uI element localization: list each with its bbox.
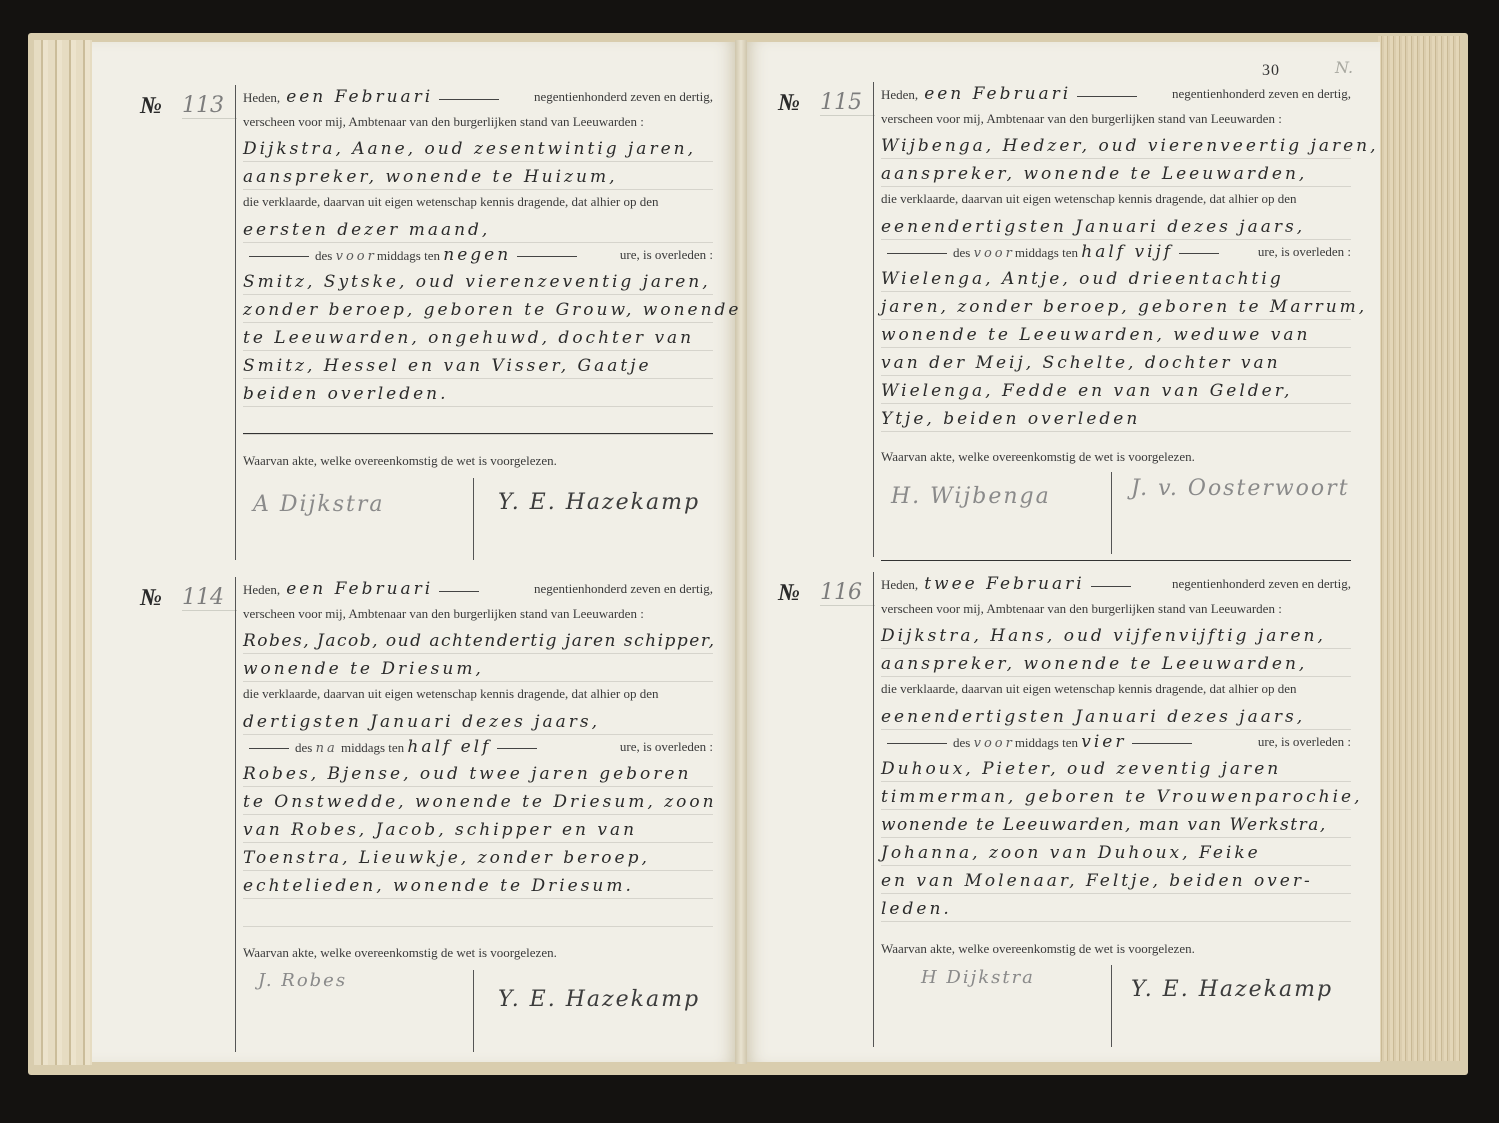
- record-116: № 116 Heden,twee Februarinegentienhonder…: [778, 572, 1398, 1062]
- ure-label: ure, is overleden :: [620, 735, 713, 760]
- deceased-line: en van Molenaar, Feltje, beiden over-: [881, 871, 1313, 891]
- fill-dash: [249, 256, 309, 257]
- deceased-line: zonder beroep, geboren te Grouw, wonende: [243, 300, 741, 320]
- record-number: 115: [820, 90, 875, 116]
- deceased-line: Ytje, beiden overleden: [881, 409, 1140, 429]
- record-number: 114: [182, 585, 237, 611]
- registrar-signature: J. v. Oosterwoort: [1131, 476, 1350, 501]
- declarant-signature: H Dijkstra: [921, 967, 1035, 988]
- record-number: 116: [820, 580, 875, 606]
- record-number: 113: [182, 93, 237, 119]
- deceased-line: jaren, zonder beroep, geboren te Marrum,: [881, 297, 1367, 317]
- deceased-line: wonende te Leeuwarden, man van Werkstra,: [881, 815, 1327, 835]
- registrar-signature: Y. E. Hazekamp: [498, 987, 700, 1012]
- signature-area: A Dijkstra Y. E. Hazekamp: [243, 470, 713, 560]
- folio-mark: N.: [1335, 58, 1353, 77]
- fill-dash: [887, 743, 947, 744]
- year-text: negentienhonderd zeven en dertig,: [1172, 572, 1351, 597]
- ure-label: ure, is overleden :: [1258, 730, 1351, 755]
- declarant-line: Dijkstra, Hans, oud vijfenvijftig jaren,: [881, 626, 1326, 646]
- signature-divider: [1111, 472, 1112, 554]
- declarant-line: wonende te Driesum,: [243, 659, 484, 679]
- death-date: eersten dezer maand,: [243, 220, 490, 240]
- record-body: Heden,twee Februarinegentienhonderd zeve…: [881, 572, 1351, 922]
- voor-na: na: [316, 741, 338, 756]
- deceased-line: Toenstra, Lieuwkje, zonder beroep,: [243, 848, 650, 868]
- number-label: №: [140, 585, 162, 612]
- deceased-line: leden.: [881, 899, 952, 919]
- declared-text: die verklaarde, daarvan uit eigen wetens…: [881, 191, 1296, 206]
- heden-label: Heden,: [881, 577, 918, 592]
- record-date: een Februari: [924, 84, 1071, 104]
- heden-label: Heden,: [243, 90, 280, 105]
- deceased-line: Smitz, Hessel en van Visser, Gaatje: [243, 356, 652, 376]
- appeared-text: verscheen voor mij, Ambtenaar van den bu…: [881, 111, 1282, 126]
- record-date: een Februari: [286, 579, 433, 599]
- death-hour: half elf: [407, 737, 491, 757]
- des-label: des: [953, 245, 970, 260]
- margin-rule: [873, 82, 874, 557]
- record-114: № 114 Heden,een Februarinegentienhonderd…: [140, 577, 760, 1067]
- declarant-line: Wijbenga, Hedzer, oud vierenveertig jare…: [881, 136, 1379, 156]
- record-115: № 115 Heden,een Februarinegentienhonderd…: [778, 82, 1398, 572]
- fill-dash: [1091, 586, 1131, 587]
- des-label: des: [953, 735, 970, 750]
- fill-dash: [497, 748, 537, 749]
- death-date: eenendertigsten Januari dezes jaars,: [881, 707, 1305, 727]
- margin-rule: [235, 577, 236, 1052]
- signature-area: H Dijkstra Y. E. Hazekamp: [881, 957, 1351, 1047]
- record-date: een Februari: [286, 87, 433, 107]
- year-text: negentienhonderd zeven en dertig,: [534, 577, 713, 602]
- signature-area: H. Wijbenga J. v. Oosterwoort: [881, 464, 1351, 554]
- number-label: №: [140, 93, 162, 120]
- deceased-line: van Robes, Jacob, schipper en van: [243, 820, 637, 840]
- voor-na: voor: [974, 736, 1015, 751]
- closing-text: Waarvan akte, welke overeenkomstig de we…: [881, 941, 1195, 956]
- registrar-signature: Y. E. Hazekamp: [498, 490, 700, 515]
- fill-dash: [887, 253, 947, 254]
- closing-text: Waarvan akte, welke overeenkomstig de we…: [243, 453, 557, 468]
- voor-na: voor: [336, 249, 377, 264]
- fill-dash: [439, 591, 479, 592]
- fill-dash: [1132, 743, 1192, 744]
- death-hour: vier: [1081, 732, 1126, 752]
- fill-dash: [1077, 96, 1137, 97]
- fill-dash: [439, 99, 499, 100]
- signature-area: J. Robes Y. E. Hazekamp: [243, 962, 713, 1052]
- death-hour: half vijf: [1081, 242, 1173, 262]
- deceased-line: Smitz, Sytske, oud vierenzeventig jaren,: [243, 272, 711, 292]
- deceased-line: te Leeuwarden, ongehuwd, dochter van: [243, 328, 694, 348]
- signature-divider: [473, 970, 474, 1052]
- closing-text: Waarvan akte, welke overeenkomstig de we…: [243, 945, 557, 960]
- declarant-signature: A Dijkstra: [253, 492, 384, 517]
- death-hour: negen: [443, 245, 511, 265]
- appeared-text: verscheen voor mij, Ambtenaar van den bu…: [243, 606, 644, 621]
- ure-label: ure, is overleden :: [620, 243, 713, 268]
- middags-label: middags ten: [341, 740, 404, 755]
- declared-text: die verklaarde, daarvan uit eigen wetens…: [243, 686, 658, 701]
- ure-label: ure, is overleden :: [1258, 240, 1351, 265]
- closing-text: Waarvan akte, welke overeenkomstig de we…: [881, 449, 1195, 464]
- declarant-line: aanspreker, wonende te Leeuwarden,: [881, 164, 1307, 184]
- middags-label: middags ten: [1015, 245, 1078, 260]
- death-date: eenendertigsten Januari dezes jaars,: [881, 217, 1305, 237]
- record-body: Heden,een Februarinegentienhonderd zeven…: [881, 82, 1351, 432]
- heden-label: Heden,: [243, 582, 280, 597]
- death-date: dertigsten Januari dezes jaars,: [243, 712, 600, 732]
- deceased-line: Wielenga, Antje, oud drieentachtig: [881, 269, 1284, 289]
- declarant-line: aanspreker, wonende te Huizum,: [243, 167, 617, 187]
- page-number: 30: [1262, 62, 1280, 80]
- record-113: № 113 Heden,een Februarinegentienhonderd…: [140, 85, 760, 575]
- year-text: negentienhonderd zeven en dertig,: [1172, 82, 1351, 107]
- appeared-text: verscheen voor mij, Ambtenaar van den bu…: [881, 601, 1282, 616]
- signature-divider: [1111, 965, 1112, 1047]
- deceased-line: te Onstwedde, wonende te Driesum, zoon: [243, 792, 717, 812]
- page-edges-left: [34, 40, 92, 1065]
- middags-label: middags ten: [377, 248, 440, 263]
- appeared-text: verscheen voor mij, Ambtenaar van den bu…: [243, 114, 644, 129]
- record-date: twee Februari: [924, 574, 1085, 594]
- registrar-signature: Y. E. Hazekamp: [1131, 977, 1333, 1002]
- deceased-line: echtelieden, wonende te Driesum.: [243, 876, 634, 896]
- declared-text: die verklaarde, daarvan uit eigen wetens…: [881, 681, 1296, 696]
- fill-dash: [1179, 253, 1219, 254]
- des-label: des: [295, 740, 312, 755]
- declared-text: die verklaarde, daarvan uit eigen wetens…: [243, 194, 658, 209]
- voor-na: voor: [974, 246, 1015, 261]
- deceased-line: Duhoux, Pieter, oud zeventig jaren: [881, 759, 1281, 779]
- deceased-line: wonende te Leeuwarden, weduwe van: [881, 325, 1310, 345]
- deceased-line: van der Meij, Schelte, dochter van: [881, 353, 1281, 373]
- fill-dash: [517, 256, 577, 257]
- deceased-line: Johanna, zoon van Duhoux, Feike: [881, 843, 1261, 863]
- record-body: Heden,een Februarinegentienhonderd zeven…: [243, 85, 713, 435]
- heden-label: Heden,: [881, 87, 918, 102]
- number-label: №: [778, 90, 800, 117]
- middags-label: middags ten: [1015, 735, 1078, 750]
- number-label: №: [778, 580, 800, 607]
- record-body: Heden,een Februarinegentienhonderd zeven…: [243, 577, 713, 927]
- declarant-signature: J. Robes: [258, 970, 347, 991]
- declarant-signature: H. Wijbenga: [891, 484, 1051, 509]
- year-text: negentienhonderd zeven en dertig,: [534, 85, 713, 110]
- margin-rule: [873, 572, 874, 1047]
- des-label: des: [315, 248, 332, 263]
- deceased-line: beiden overleden.: [243, 384, 449, 404]
- deceased-line: Wielenga, Fedde en van van Gelder,: [881, 381, 1292, 401]
- deceased-line: Robes, Bjense, oud twee jaren geboren: [243, 764, 691, 784]
- closing-rule: [243, 433, 713, 434]
- margin-rule: [235, 85, 236, 560]
- signature-divider: [473, 478, 474, 560]
- closing-rule: [881, 560, 1351, 561]
- declarant-line: aanspreker, wonende te Leeuwarden,: [881, 654, 1307, 674]
- declarant-line: Robes, Jacob, oud achtendertig jaren sch…: [243, 631, 716, 651]
- fill-dash: [249, 748, 289, 749]
- declarant-line: Dijkstra, Aane, oud zesentwintig jaren,: [243, 139, 696, 159]
- deceased-line: timmerman, geboren te Vrouwenparochie,: [881, 787, 1363, 807]
